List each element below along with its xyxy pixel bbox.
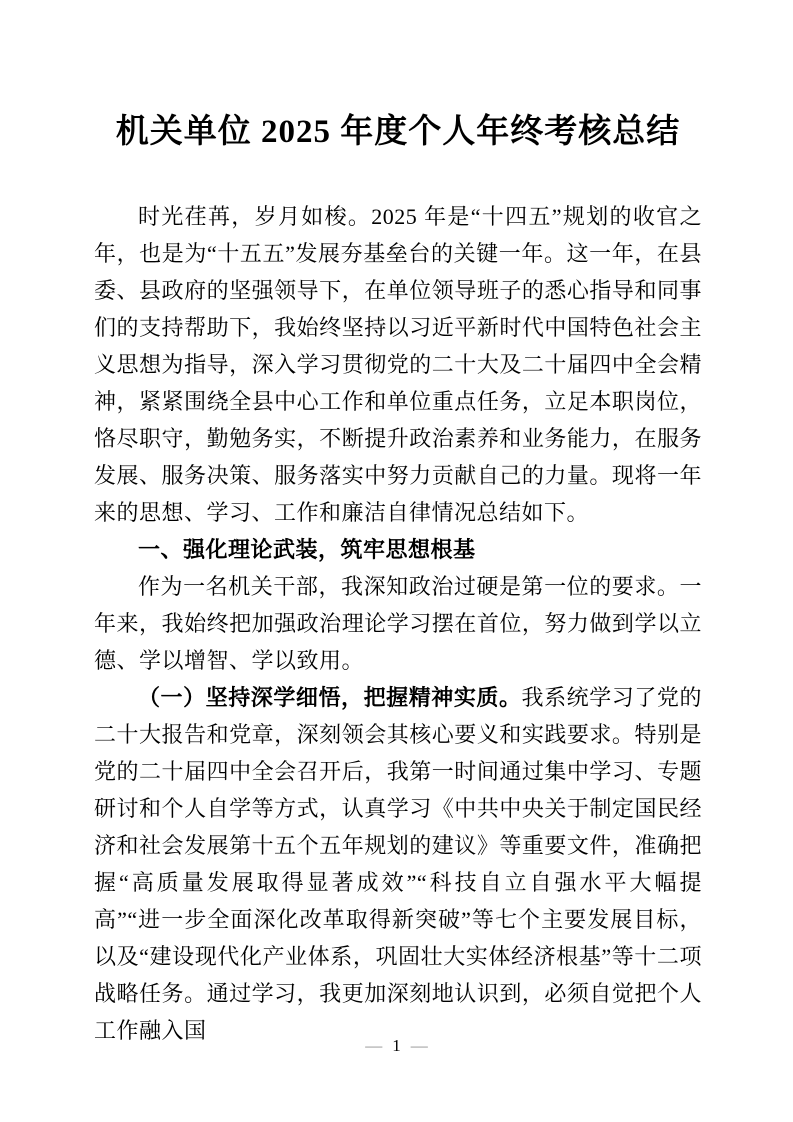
document-title: 机关单位 2025 年度个人年终考核总结 (94, 106, 702, 158)
page-number: 1 (392, 1036, 401, 1055)
section-1-paragraph: 作为一名机关干部，我深知政治过硬是第一位的要求。一年来，我始终把加强政治理论学习… (94, 568, 702, 679)
page-number-dash-right: — (401, 1036, 438, 1055)
page-footer: —1— (0, 1036, 793, 1056)
subsection-1-lead: （一）坚持深学细悟，把握精神实质。 (138, 685, 522, 710)
document-content: 机关单位 2025 年度个人年终考核总结 时光荏苒，岁月如梭。2025 年是“十… (94, 106, 702, 1049)
document-page: 机关单位 2025 年度个人年终考核总结 时光荏苒，岁月如梭。2025 年是“十… (0, 0, 793, 1122)
subsection-1-body: 我系统学习了党的二十大报告和党章，深刻领会其核心要义和实践要求。特别是党的二十届… (94, 685, 702, 1043)
section-heading-1: 一、强化理论武装，筑牢思想根基 (94, 531, 702, 568)
page-number-dash-left: — (355, 1036, 392, 1055)
subsection-1-paragraph: （一）坚持深学细悟，把握精神实质。我系统学习了党的二十大报告和党章，深刻领会其核… (94, 679, 702, 1049)
intro-paragraph: 时光荏苒，岁月如梭。2025 年是“十四五”规划的收官之年，也是为“十五五”发展… (94, 198, 702, 531)
